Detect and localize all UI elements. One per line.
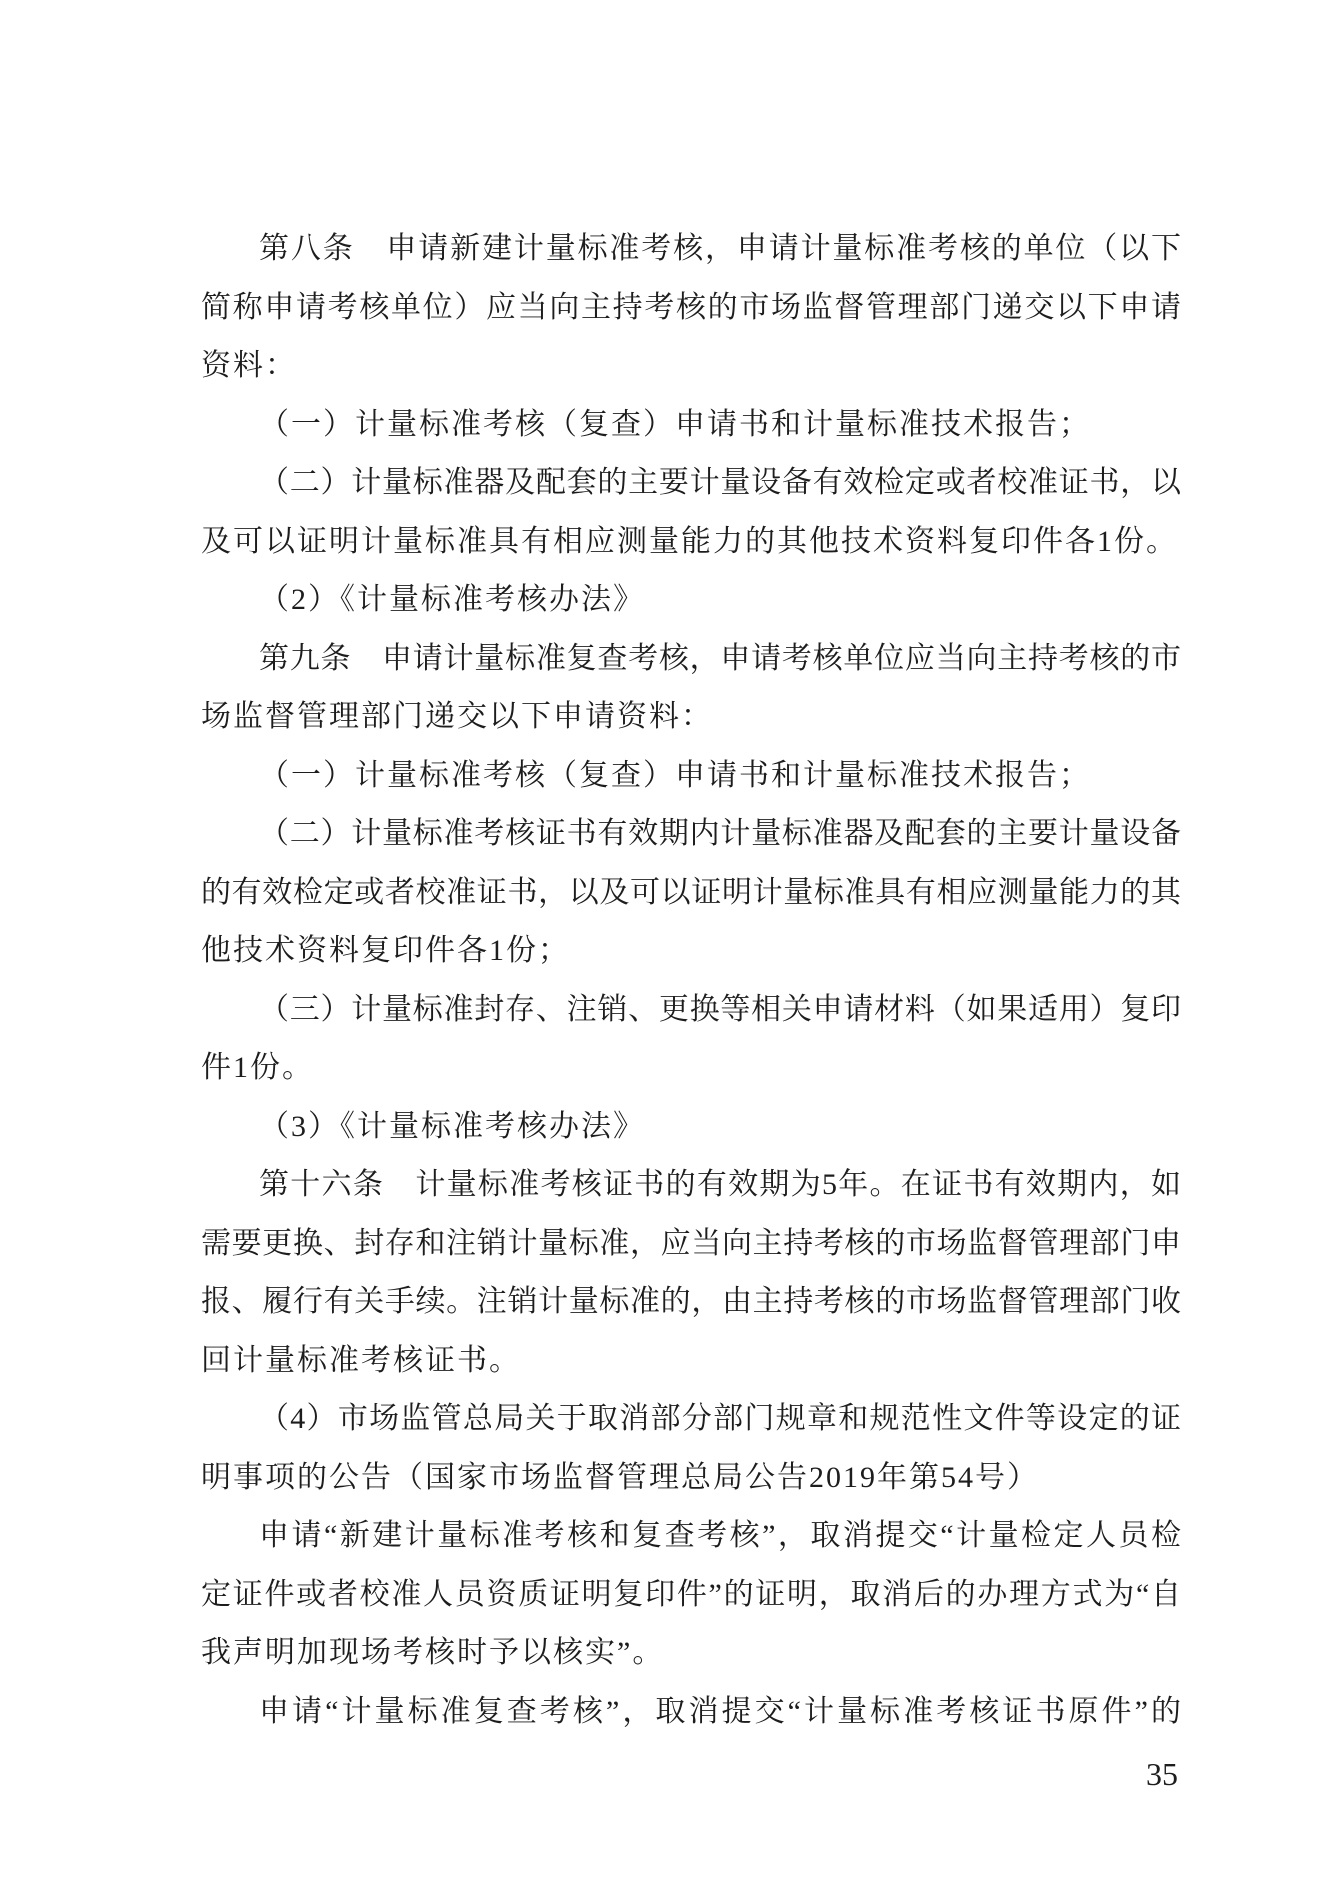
text-line: 件1份。 xyxy=(201,1039,1181,1098)
text-line: （一）计量标准考核（复查）申请书和计量标准技术报告； xyxy=(201,747,1181,806)
text-line: （二）计量标准器及配套的主要计量设备有效检定或者校准证书，以 xyxy=(201,454,1181,513)
page-number: 35 xyxy=(1146,1756,1178,1792)
text-line: （二）计量标准考核证书有效期内计量标准器及配套的主要计量设备 xyxy=(201,805,1181,864)
text-line: 回计量标准考核证书。 xyxy=(201,1332,1181,1391)
text-line: （2）《计量标准考核办法》 xyxy=(201,571,1181,630)
text-line: 需要更换、封存和注销计量标准，应当向主持考核的市场监督管理部门申 xyxy=(201,1215,1181,1274)
text-line: （4）市场监管总局关于取消部分部门规章和规范性文件等设定的证 xyxy=(201,1390,1181,1449)
document-body-text: 第八条 申请新建计量标准考核，申请计量标准考核的单位（以下简称申请考核单位）应当… xyxy=(201,220,1181,1741)
text-line: （一）计量标准考核（复查）申请书和计量标准技术报告； xyxy=(201,396,1181,455)
text-line: 报、履行有关手续。注销计量标准的，由主持考核的市场监督管理部门收 xyxy=(201,1273,1181,1332)
text-line: 第十六条 计量标准考核证书的有效期为5年。在证书有效期内，如 xyxy=(201,1156,1181,1215)
text-line: 简称申请考核单位）应当向主持考核的市场监督管理部门递交以下申请 xyxy=(201,279,1181,338)
text-line: 的有效检定或者校准证书，以及可以证明计量标准具有相应测量能力的其 xyxy=(201,864,1181,923)
text-line: 申请“新建计量标准考核和复查考核”，取消提交“计量检定人员检 xyxy=(201,1507,1181,1566)
text-line: 申请“计量标准复查考核”，取消提交“计量标准考核证书原件”的 xyxy=(201,1683,1181,1742)
text-line: 场监督管理部门递交以下申请资料： xyxy=(201,688,1181,747)
text-line: 他技术资料复印件各1份； xyxy=(201,922,1181,981)
text-line: （3）《计量标准考核办法》 xyxy=(201,1098,1181,1157)
text-line: 及可以证明计量标准具有相应测量能力的其他技术资料复印件各1份。 xyxy=(201,513,1181,572)
text-line: 定证件或者校准人员资质证明复印件”的证明，取消后的办理方式为“自 xyxy=(201,1566,1181,1625)
document-page: 第八条 申请新建计量标准考核，申请计量标准考核的单位（以下简称申请考核单位）应当… xyxy=(0,0,1339,1890)
text-line: 第八条 申请新建计量标准考核，申请计量标准考核的单位（以下 xyxy=(201,220,1181,279)
text-line: 我声明加现场考核时予以核实”。 xyxy=(201,1624,1181,1683)
text-line: 资料： xyxy=(201,337,1181,396)
text-line: 第九条 申请计量标准复查考核，申请考核单位应当向主持考核的市 xyxy=(201,630,1181,689)
text-line: 明事项的公告（国家市场监督管理总局公告2019年第54号） xyxy=(201,1449,1181,1508)
text-line: （三）计量标准封存、注销、更换等相关申请材料（如果适用）复印 xyxy=(201,981,1181,1040)
